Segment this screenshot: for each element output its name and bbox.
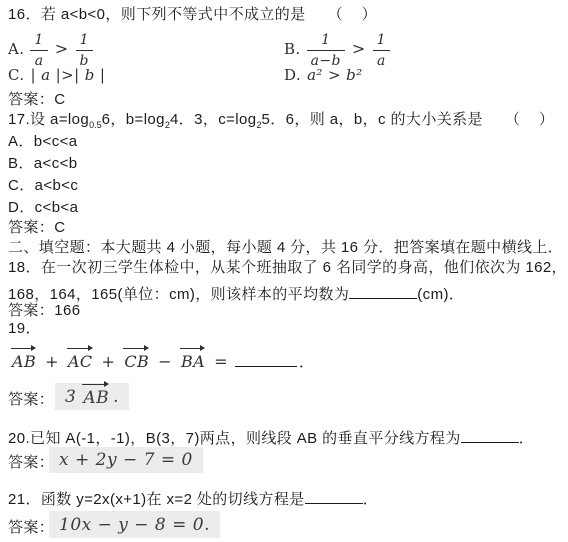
vector-ac: AC [66,349,95,372]
stem-part: 168，164，165(单位：cm)，则该样本的平均数为 [8,286,349,303]
question-17-option-b: B．a<c<b [8,155,78,174]
fraction: 1b [76,32,93,69]
question-21-answer-label: 答案： [8,519,54,538]
question-17-stem: 17.设 a=log0.56，b=log24．3，c=log25．6，则 a，b… [8,111,556,131]
fraction-numerator: 1 [307,32,345,51]
question-20-stem: 20.已知 A(-1，-1)，B(3，7)两点，则线段 AB 的垂直平分线方程为… [8,426,534,449]
stem-part: ． [363,491,378,508]
question-17-answer-paren: （ ） [505,111,556,128]
vector-ab: AB [81,385,111,408]
stem-part: 21．函数 y=2x(x+1)在 x=2 处的切线方程是 [8,491,305,508]
fraction-numerator: 1 [30,32,47,51]
answer-value: 166 [54,302,80,319]
stem-part: ． [519,430,534,447]
answer-label: 答案： [8,519,54,536]
question-16-option-c: C.| a |>| b | [8,66,105,86]
fraction: 1a [373,32,390,69]
question-19-answer-image: 3AB. [55,383,129,410]
option-d-label: D. [284,66,301,84]
equals-sign: = [214,352,228,371]
question-16-option-b: B.1a−b>1a [284,32,390,69]
minus-operator: − [158,352,172,371]
question-17-option-c: C．a<b<c [8,177,78,196]
option-c-label: C. [8,66,25,84]
answer-value: C [54,91,65,108]
period: ． [299,352,315,371]
question-18-answer: 答案：166 [8,302,80,321]
answer-label: 答案： [8,302,54,319]
plus-operator: + [102,352,116,371]
answer-label: 答案： [8,391,54,408]
fill-in-blank [461,426,519,443]
answer-label: 答案： [8,91,54,108]
question-16-option-d: D.a² > b² [284,66,363,86]
stem-part: 17.设 a=log [8,111,89,128]
question-16-answer: 答案：C [8,91,65,110]
stem-part: 5．6，则 a，b，c 的大小关系是 [262,111,483,128]
question-17-option-a: A．b<c<a [8,133,78,152]
question-19-answer-label: 答案： [8,391,54,410]
stem-part: 6，b=log [102,111,165,128]
question-18-line-1: 18．在一次初三学生体检中，从某个班抽取了 6 名同学的身高，他们依次为 162… [8,259,568,278]
fraction: 1a [30,32,47,69]
stem-part: 20.已知 A(-1，-1)，B(3，7)两点，则线段 AB 的垂直平分线方程为 [8,430,461,447]
plus-operator: + [45,352,59,371]
exam-document: 16．若 a<b<0，则下列不等式中不成立的是（ ） A.1a>1b B.1a−… [0,0,568,542]
question-20-answer-label: 答案： [8,454,54,473]
relation-symbol: > [352,39,366,58]
fill-in-blank [235,349,297,367]
coefficient: 3 [65,387,76,407]
vector-ba: BA [179,349,207,372]
relation-symbol: > [55,39,69,58]
equation-text: 10x − y − 8 = 0. [59,515,210,535]
option-b-label: B. [284,40,301,58]
vector-ab: AB [10,349,38,372]
answer-label: 答案： [8,219,54,236]
option-d-expression: a² > b² [307,66,362,84]
vector-cb: CB [122,349,151,372]
option-a-label: A. [8,40,24,58]
question-16-stem-text: 16．若 a<b<0，则下列不等式中不成立的是 [8,6,306,23]
question-16-stem: 16．若 a<b<0，则下列不等式中不成立的是（ ） [8,6,379,25]
equation-text: x + 2y − 7 = 0 [59,450,193,470]
fraction-numerator: 1 [76,32,93,51]
question-21-stem: 21．函数 y=2x(x+1)在 x=2 处的切线方程是． [8,487,378,510]
question-19-expression: AB+AC+CB−BA=． [8,349,315,372]
fill-in-blank [305,487,363,504]
question-16-answer-paren: （ ） [328,6,379,23]
question-20-answer-image: x + 2y − 7 = 0 [49,447,203,473]
period: . [113,387,119,407]
stem-part: 4．3，c=log [170,111,257,128]
question-17-answer: 答案：C [8,219,65,238]
stem-part: (cm)． [417,286,464,303]
log-base-subscript: 0.5 [89,120,102,130]
section-2-heading: 二、填空题：本大题共 4 小题，每小题 4 分，共 16 分．把答案填在题中横线… [8,239,563,258]
fraction-numerator: 1 [373,32,390,51]
question-19-number: 19． [8,320,41,339]
answer-value: C [54,219,65,236]
fraction: 1a−b [307,32,345,69]
fill-in-blank [349,282,417,299]
question-17-option-d: D．c<b<a [8,199,78,218]
answer-label: 答案： [8,454,54,471]
option-c-expression: | a |>| b | [31,66,106,84]
fraction-denominator: a [373,51,390,69]
question-21-answer-image: 10x − y − 8 = 0. [49,511,220,538]
question-16-option-a: A.1a>1b [8,32,93,69]
